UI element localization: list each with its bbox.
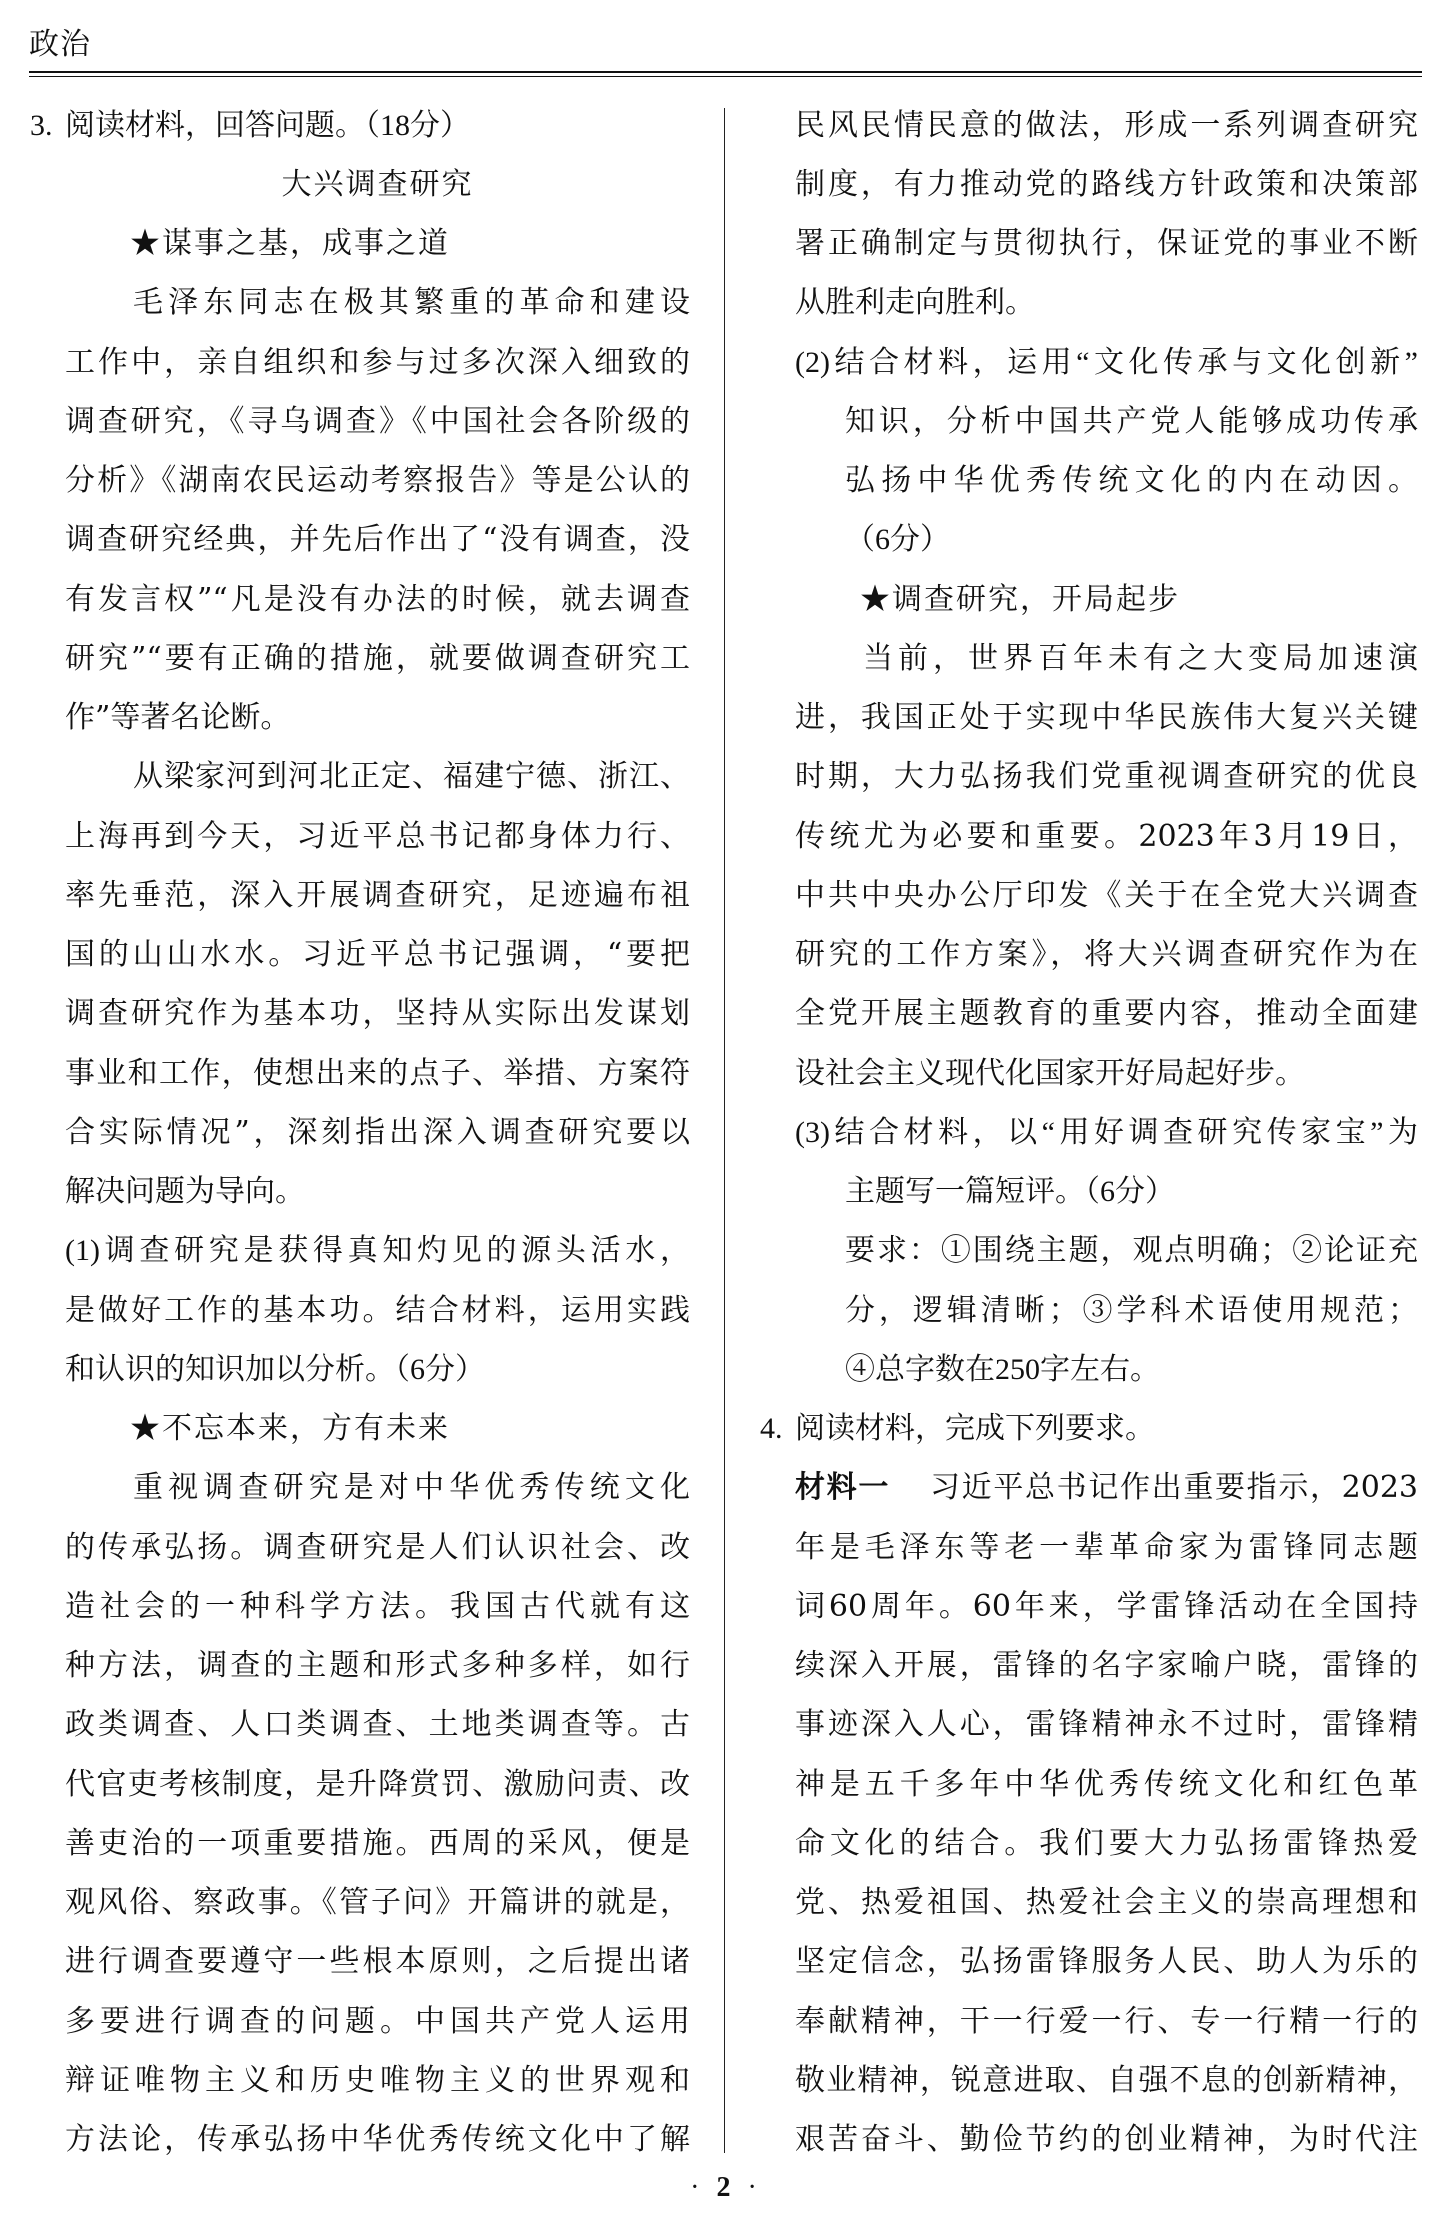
sub-question-2-line: （6分）: [795, 510, 1418, 569]
text-line: 艰苦奋斗、勤俭节约的创业精神，为时代注: [795, 2110, 1418, 2169]
text-line: 善吏治的一项重要措施。西周的采风，便是: [65, 1814, 690, 1873]
section-heading: ★不忘本来，方有未来: [65, 1399, 690, 1458]
section-heading-text: 调查研究，开局起步: [892, 582, 1180, 617]
text-line: 传统尤为必要和重要。2023年3月19日，: [795, 807, 1418, 866]
text-line: 研究的工作方案》，将大兴调查研究作为在: [795, 925, 1418, 984]
text-line: 分析》《湖南农民运动考察报告》等是公认的: [65, 451, 690, 510]
text-line: 事业和工作，使想出来的点子、举措、方案符: [65, 1044, 690, 1103]
requirements-line: 分，逻辑清晰；③学科术语使用规范；: [795, 1281, 1418, 1340]
text-line: 事迹深入人心，雷锋精神永不过时，雷锋精: [795, 1695, 1418, 1754]
exam-page: 政治 3.阅读材料，回答问题。（18分） 大兴调查研究 ★谋事之基，成事之道 毛…: [0, 0, 1447, 2230]
text-line: 命文化的结合。我们要大力弘扬雷锋热爱: [795, 1814, 1418, 1873]
text-line: 重视调查研究是对中华优秀传统文化: [65, 1458, 690, 1517]
header-rule-thick: [29, 71, 1422, 73]
text-line: 当前，世界百年未有之大变局加速演: [795, 629, 1418, 688]
text-line: 作”等著名论断。: [65, 688, 690, 747]
question-4-header: 4.阅读材料，完成下列要求。: [795, 1399, 1418, 1458]
sub-question-2-line: 弘扬中华优秀传统文化的内在动因。: [795, 451, 1418, 510]
text-line: 方法论，传承弘扬中华优秀传统文化中了解: [65, 2110, 690, 2169]
right-column: 民风民情民意的做法，形成一系列调查研究 制度，有力推动党的路线方针政策和决策部 …: [795, 96, 1418, 2170]
text-line: 署正确制定与贯彻执行，保证党的事业不断: [795, 214, 1418, 273]
text-line: 民风民情民意的做法，形成一系列调查研究: [795, 96, 1418, 155]
page-footer: ·2·: [0, 2170, 1447, 2206]
text-line: 时期，大力弘扬我们党重视调查研究的优良: [795, 747, 1418, 806]
text-line: 奉献精神，干一行爱一行、专一行精一行的: [795, 1992, 1418, 2051]
material-1-first-line: 材料一习近平总书记作出重要指示，2023: [795, 1458, 1418, 1517]
text-line: 种方法，调查的主题和形式多种多样，如行: [65, 1636, 690, 1695]
sub-question-2-line: 知识，分析中国共产党人能够成功传承: [795, 392, 1418, 451]
text-line: 上海再到今天，习近平总书记都身体力行、: [65, 807, 690, 866]
section-heading: ★调查研究，开局起步: [795, 570, 1418, 629]
text-line: 敬业精神，锐意进取、自强不息的创新精神，: [795, 2051, 1418, 2110]
star-icon: ★: [130, 226, 162, 261]
text-line: 代官吏考核制度，是升降赏罚、激励问责、改: [65, 1755, 690, 1814]
text-line: 制度，有力推动党的路线方针政策和决策部: [795, 155, 1418, 214]
sub-question-1-line: 是做好工作的基本功。结合材料，运用实践: [65, 1281, 690, 1340]
text-line: 调查研究作为基本功，坚持从实际出发谋划: [65, 984, 690, 1043]
sub-question-1-line: (1)调查研究是获得真知灼见的源头活水，: [65, 1221, 690, 1280]
page-number: 2: [717, 2172, 731, 2203]
text-line: 多要进行调查的问题。中国共产党人运用: [65, 1992, 690, 2051]
sub-question-3-line: (3)结合材料，以“用好调查研究传家宝”为: [795, 1103, 1418, 1162]
requirements-line: ④总字数在250字左右。: [795, 1340, 1418, 1399]
text-line: 续深入开展，雷锋的名字家喻户晓，雷锋的: [795, 1636, 1418, 1695]
text-line: 观风俗、察政事。《管子问》开篇讲的就是，: [65, 1873, 690, 1932]
sub-question-2-line: (2)结合材料，运用“文化传承与文化创新”: [795, 333, 1418, 392]
star-icon: ★: [860, 582, 892, 617]
left-column: 3.阅读材料，回答问题。（18分） 大兴调查研究 ★谋事之基，成事之道 毛泽东同…: [65, 96, 690, 2170]
material-text: 习近平总书记作出重要指示，2023: [930, 1470, 1418, 1505]
requirements-line: 要求：①围绕主题，观点明确；②论证充: [795, 1221, 1418, 1280]
text-line: 解决问题为导向。: [65, 1162, 690, 1221]
text-line: 政类调查、人口类调查、土地类调查等。古: [65, 1695, 690, 1754]
page-number-dot: ·: [748, 2172, 757, 2203]
material-label: 材料一: [795, 1470, 890, 1505]
sub-question-1-line: 和认识的知识加以分析。（6分）: [65, 1340, 690, 1399]
text-line: 调查研究经典，并先后作出了“没有调查，没: [65, 510, 690, 569]
star-icon: ★: [130, 1411, 162, 1446]
text-line: 有发言权”“凡是没有办法的时候，就去调查: [65, 570, 690, 629]
question-prompt: 阅读材料，完成下列要求。: [795, 1412, 1155, 1445]
question-number: 3.: [30, 96, 53, 155]
text-line: 毛泽东同志在极其繁重的革命和建设: [65, 273, 690, 332]
text-line: 神是五千多年中华优秀传统文化和红色革: [795, 1755, 1418, 1814]
text-line: 从梁家河到河北正定、福建宁德、浙江、: [65, 747, 690, 806]
text-line: 词60周年。60年来，学雷锋活动在全国持: [795, 1577, 1418, 1636]
text-line: 工作中，亲自组织和参与过多次深入细致的: [65, 333, 690, 392]
column-divider: [724, 108, 726, 2153]
text-line: 全党开展主题教育的重要内容，推动全面建: [795, 984, 1418, 1043]
question-prompt: 阅读材料，回答问题。（18分）: [65, 109, 470, 142]
text-line: 进行调查要遵守一些根本原则，之后提出诸: [65, 1932, 690, 1991]
text-line: 设社会主义现代化国家开好局起好步。: [795, 1044, 1418, 1103]
text-line: 研究”“要有正确的措施，就要做调查研究工: [65, 629, 690, 688]
page-number-dot: ·: [690, 2172, 699, 2203]
text-line: 辩证唯物主义和历史唯物主义的世界观和: [65, 2051, 690, 2110]
sub-question-3-line: 主题写一篇短评。（6分）: [795, 1162, 1418, 1221]
text-line: 合实际情况”，深刻指出深入调查研究要以: [65, 1103, 690, 1162]
text-line: 调查研究，《寻乌调查》《中国社会各阶级的: [65, 392, 690, 451]
text-line: 率先垂范，深入开展调查研究，足迹遍布祖: [65, 866, 690, 925]
section-heading: ★谋事之基，成事之道: [65, 214, 690, 273]
section-heading-text: 谋事之基，成事之道: [162, 226, 450, 261]
subject-title: 政治: [29, 28, 91, 62]
material-title: 大兴调查研究: [65, 155, 690, 214]
text-line: 造社会的一种科学方法。我国古代就有这: [65, 1577, 690, 1636]
header-rule-thin: [29, 76, 1422, 77]
text-line: 党、热爱祖国、热爱社会主义的崇高理想和: [795, 1873, 1418, 1932]
text-line: 中共中央办公厅印发《关于在全党大兴调查: [795, 866, 1418, 925]
text-line: 从胜利走向胜利。: [795, 273, 1418, 332]
text-line: 年是毛泽东等老一辈革命家为雷锋同志题: [795, 1518, 1418, 1577]
text-line: 的传承弘扬。调查研究是人们认识社会、改: [65, 1518, 690, 1577]
text-line: 进，我国正处于实现中华民族伟大复兴关键: [795, 688, 1418, 747]
section-heading-text: 不忘本来，方有未来: [162, 1411, 450, 1446]
question-3-header: 3.阅读材料，回答问题。（18分）: [65, 96, 690, 155]
text-line: 国的山山水水。习近平总书记强调，“要把: [65, 925, 690, 984]
text-line: 坚定信念，弘扬雷锋服务人民、助人为乐的: [795, 1932, 1418, 1991]
question-number: 4.: [760, 1399, 783, 1458]
